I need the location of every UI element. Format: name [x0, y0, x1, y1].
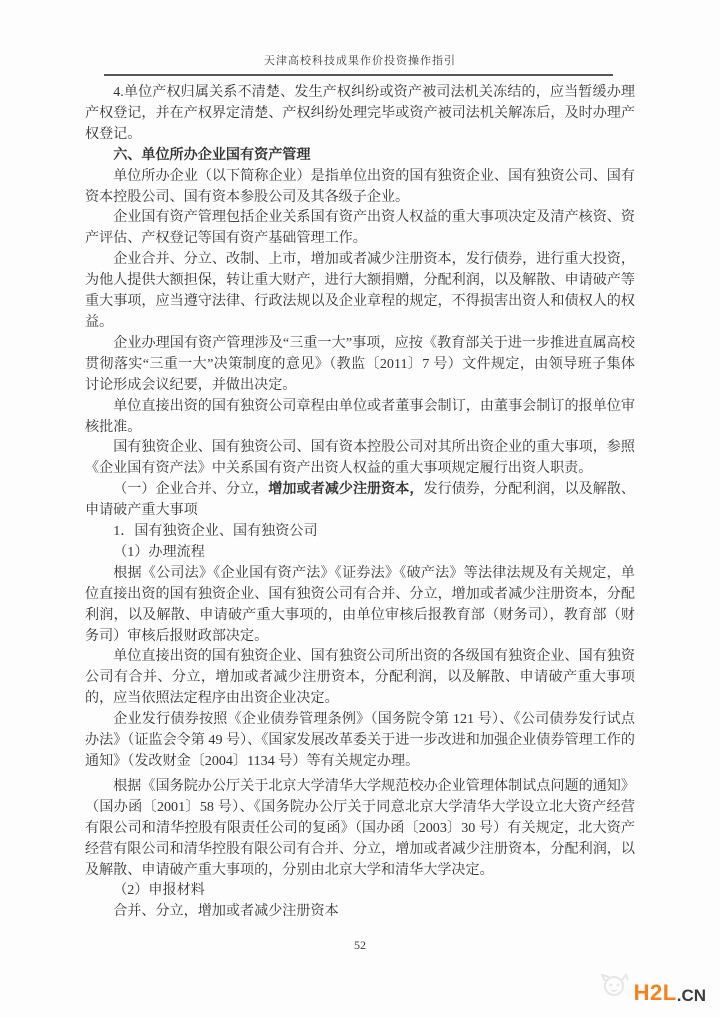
- paragraph: 企业合并、分立、改制、上市，增加或者减少注册资本，发行债券，进行重大投资，为他人…: [85, 249, 635, 333]
- watermark-brand: H2L: [634, 982, 677, 1004]
- watermark: H2L.CN: [600, 973, 706, 1004]
- header-rule: [104, 74, 613, 76]
- paragraph: 单位直接出资的国有独资公司章程由单位或者董事会制订，由董事会制订的报单位审核批准…: [85, 396, 635, 438]
- paragraph: 企业国有资产管理包括企业关系国有资产出资人权益的重大事项决定及清产核资、资产评估…: [85, 207, 635, 249]
- paragraph: 根据《国务院办公厅关于北京大学清华大学规范校办企业管理体制试点问题的通知》（国办…: [85, 776, 635, 881]
- page-header-title: 天津高校科技成果作价投资操作指引: [106, 52, 614, 68]
- document-page: 天津高校科技成果作价投资操作指引 4.单位产权归属关系不清楚、发生产权纠纷或资产…: [0, 0, 720, 1018]
- list-item-heading: （1）办理流程: [85, 542, 635, 563]
- paragraph: 企业办理国有资产管理涉及“三重一大”事项，应按《教育部关于进一步推进直属高校贯彻…: [85, 333, 635, 396]
- paragraph: 根据《公司法》《企业国有资产法》《证券法》《破产法》等法律法规及有关规定，单位直…: [85, 563, 635, 647]
- subsection-heading-bold: 增加或者减少注册资本，: [268, 481, 423, 497]
- subsection-heading-pre: （一）企业合并、分立，: [113, 481, 268, 497]
- paragraph: 单位所办企业（以下简称企业）是指单位出资的国有独资企业、国有独资公司、国有资本控…: [85, 166, 635, 208]
- list-item-heading: 1．国有独资企业、国有独资公司: [85, 521, 635, 542]
- page-number: 52: [0, 938, 720, 953]
- paragraph: 国有独资企业、国有独资公司、国有资本控股公司对其所出资企业的重大事项，参照《企业…: [85, 437, 635, 479]
- list-item-heading: （2）申报材料: [85, 880, 635, 901]
- paragraph: 合并、分立，增加或者减少注册资本: [85, 901, 635, 922]
- section-heading: 六、单位所办企业国有资产管理: [85, 145, 635, 166]
- document-body: 4.单位产权归属关系不清楚、发生产权纠纷或资产被司法机关冻结的，应当暂缓办理产权…: [85, 82, 635, 922]
- paragraph: 单位直接出资的国有独资企业、国有独资公司所出资的各级国有独资企业、国有独资公司有…: [85, 646, 635, 709]
- face-logo-icon: [600, 973, 630, 1002]
- watermark-tld: .CN: [677, 987, 706, 1004]
- paragraph: 企业发行债券按照《企业债券管理条例》（国务院令第 121 号）、《公司债券发行试…: [85, 709, 635, 772]
- subsection-heading: （一）企业合并、分立，增加或者减少注册资本，发行债券，分配利润，以及解散、申请破…: [85, 479, 635, 521]
- paragraph: 4.单位产权归属关系不清楚、发生产权纠纷或资产被司法机关冻结的，应当暂缓办理产权…: [85, 82, 635, 145]
